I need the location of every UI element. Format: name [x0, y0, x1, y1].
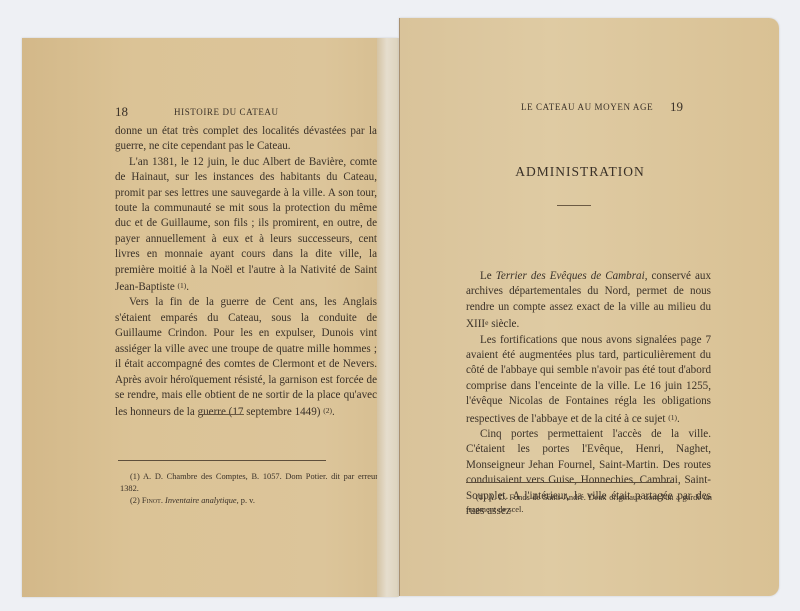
footnotes: (1) A. D. Fonds de Saint-André. Deux ori… — [466, 492, 712, 516]
footnote: (1) A. D. Fonds de Saint-André. Deux ori… — [466, 492, 712, 516]
footnotes: (1) A. D. Chambre des Comptes, B. 1057. … — [120, 471, 378, 507]
ornament-divider — [557, 205, 591, 206]
paragraph: Vers la fin de la guerre de Cent ans, le… — [115, 295, 377, 420]
footnote: (2) Finot. Inventaire analytique, p. v. — [120, 495, 378, 507]
body-text: donne un état très complet des localités… — [115, 124, 377, 421]
paragraph: Les fortifications que nous avons signal… — [466, 333, 711, 427]
paragraph: L'an 1381, le 12 juin, le duc Albert de … — [115, 155, 377, 296]
ornament-divider — [202, 414, 244, 415]
footnote-rule — [466, 482, 674, 483]
footnote-ref[interactable]: (2) — [323, 406, 332, 415]
section-title: ADMINISTRATION — [460, 164, 700, 180]
page-number: 18 — [115, 104, 128, 120]
spine-tear — [377, 38, 399, 597]
right-page: LE CATEAU AU MOYEN AGE 19 ADMINISTRATION… — [399, 18, 779, 596]
footnote-ref[interactable]: (1) — [178, 281, 187, 290]
footnote-rule — [118, 460, 326, 461]
footnote-ref[interactable]: (1) — [668, 413, 677, 422]
page-number: 19 — [670, 99, 683, 115]
running-head: HISTOIRE DU CATEAU — [174, 107, 279, 117]
paragraph: Le Terrier des Evêques de Cambrai, conse… — [466, 269, 711, 333]
running-head: LE CATEAU AU MOYEN AGE — [521, 102, 653, 112]
left-page: 18 HISTOIRE DU CATEAU donne un état très… — [22, 38, 398, 597]
paragraph: donne un état très complet des localités… — [115, 124, 377, 155]
footnote: (1) A. D. Chambre des Comptes, B. 1057. … — [120, 471, 378, 495]
